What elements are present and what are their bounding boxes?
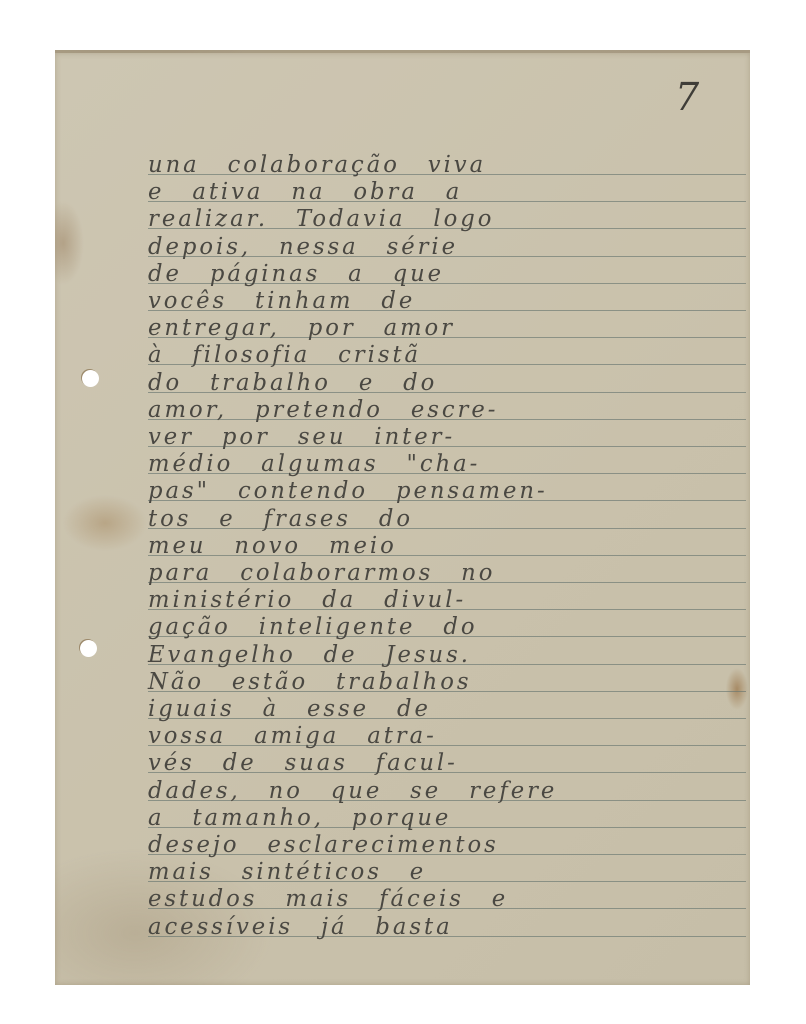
- handwritten-line: mais sintéticos e: [148, 859, 738, 886]
- handwritten-line: realizar. Todavia logo: [148, 206, 738, 233]
- handwritten-line: Evangelho de Jesus.: [148, 642, 738, 669]
- handwritten-line: para colaborarmos no: [148, 560, 738, 587]
- handwritten-line: meu novo meio: [148, 533, 738, 560]
- handwritten-line: médio algumas "cha-: [148, 451, 738, 478]
- handwritten-line: acessíveis já basta: [148, 914, 738, 941]
- handwritten-line: à filosofia cristã: [148, 342, 738, 369]
- handwritten-line: amor, pretendo escre-: [148, 397, 738, 424]
- handwritten-line: tos e frases do: [148, 506, 738, 533]
- handwritten-line: vocês tinham de: [148, 288, 738, 315]
- handwritten-line: ministério da divul-: [148, 587, 738, 614]
- handwritten-line: depois, nessa série: [148, 234, 738, 261]
- handwritten-line: e ativa na obra a: [148, 179, 738, 206]
- handwritten-line: estudos mais fáceis e: [148, 886, 738, 913]
- handwritten-line: entregar, por amor: [148, 315, 738, 342]
- punch-hole-top: [82, 370, 99, 387]
- handwritten-line: vossa amiga atra-: [148, 723, 738, 750]
- handwritten-line: desejo esclarecimentos: [148, 832, 738, 859]
- handwritten-line: de páginas a que: [148, 261, 738, 288]
- handwritten-line: pas" contendo pensamen-: [148, 478, 738, 505]
- handwritten-line: Não estão trabalhos: [148, 669, 738, 696]
- handwritten-line: do trabalho e do: [148, 370, 738, 397]
- handwritten-line: ver por seu inter-: [148, 424, 738, 451]
- handwritten-line: gação inteligente do: [148, 614, 738, 641]
- page-number: 7: [675, 75, 699, 119]
- punch-hole-bottom: [80, 640, 97, 657]
- handwritten-line: iguais à esse de: [148, 696, 738, 723]
- handwritten-line: dades, no que se refere: [148, 778, 738, 805]
- handwritten-line: vés de suas facul-: [148, 750, 738, 777]
- handwritten-line: una colaboração viva: [148, 152, 738, 179]
- manuscript-page: 7 una colaboração vivae ativa na obra ar…: [55, 50, 750, 985]
- handwritten-line: a tamanho, porque: [148, 805, 738, 832]
